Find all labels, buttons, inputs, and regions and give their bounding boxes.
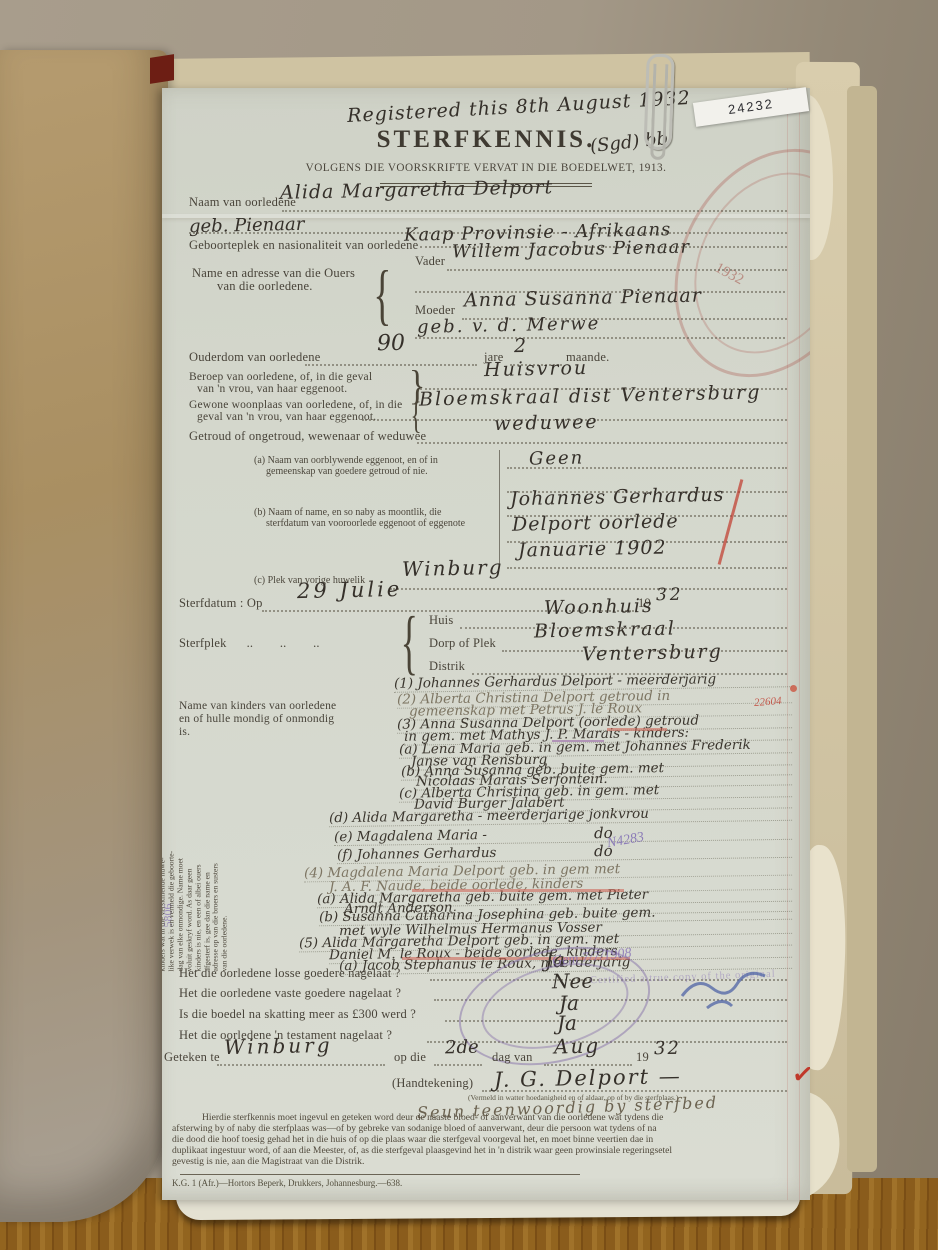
death-date-label: Sterfdatum : Op xyxy=(179,596,263,611)
residence-value: Bloemskraal dist Ventersburg xyxy=(419,381,762,410)
archive-number: 24232 xyxy=(727,96,775,117)
occupation-label1: Beroep van oorledene, of, in die geval xyxy=(189,371,372,383)
dotted-line xyxy=(417,442,787,444)
sign-year: 32 xyxy=(654,1038,681,1060)
huis-label: Huis xyxy=(429,613,453,628)
op-die-label: op die xyxy=(394,1050,426,1065)
signature-value: J. G. Delport — xyxy=(494,1064,682,1092)
age-years: 90 xyxy=(377,331,406,357)
distrik-label: Distrik xyxy=(429,659,465,674)
margin-instruction: kinders wat in die verskillende huwe- li… xyxy=(162,767,231,972)
huis-value: Woonhuis xyxy=(544,595,654,619)
file-folder-cover xyxy=(0,50,168,1222)
death-date-year: 32 xyxy=(656,585,684,606)
children-label3: is. xyxy=(179,726,190,738)
question-label: Het die oorledene vaste goedere nagelaat… xyxy=(179,986,401,1001)
vader-value: Willem Jacobus Pienaar xyxy=(452,237,690,263)
residence-label2: geval van 'n vrou, van haar eggenoot. xyxy=(197,411,376,423)
parents-label2: van die oorledene. xyxy=(217,279,313,294)
spouse-a-label2: gemeenskap van goedere getroud of nie. xyxy=(266,466,428,477)
spouse-b-value1: Johannes Gerhardus xyxy=(510,484,725,510)
naam-value: Alida Margaretha Delport xyxy=(280,176,554,204)
occupation-label2: van 'n vrou, van haar eggenoot. xyxy=(197,383,347,395)
marital-value: weduwee xyxy=(494,411,599,435)
red-underline xyxy=(412,889,624,892)
dotted-line xyxy=(482,1090,787,1092)
sign-year-prefix: 19 xyxy=(636,1050,649,1065)
fine-print-line: die dood die hoof toesig gehad het in di… xyxy=(172,1134,653,1145)
distrik-value: Ventersburg xyxy=(582,641,723,666)
day-value: 2de xyxy=(445,1037,479,1059)
page-stack-edge xyxy=(847,86,877,1172)
geteken-place: Winburg xyxy=(224,1033,333,1059)
red-underline xyxy=(607,728,667,731)
fine-print-line: Hierdie sterfkennis moet ingevul en gete… xyxy=(180,1112,663,1123)
dotted-line xyxy=(282,210,787,212)
printer-imprint: K.G. 1 (Afr.)—Hortors Beperk, Drukkers, … xyxy=(172,1178,402,1188)
red-check-mark: ✓ xyxy=(790,1059,810,1092)
dotted-line xyxy=(415,337,785,339)
dag-van-label: dag van xyxy=(492,1050,533,1065)
birthplace-label: Geboorteplek en nasionaliteit van oorled… xyxy=(189,238,418,253)
death-date-value: 29 Julie xyxy=(297,577,403,603)
red-case-ref: 22604 xyxy=(754,695,782,709)
dotted-line xyxy=(447,269,787,271)
occupation-value: Huisvrou xyxy=(484,357,589,381)
dotted-line xyxy=(507,467,787,469)
residence-label1: Gewone woonplaas van oorledene, of, in d… xyxy=(189,399,402,411)
spouse-b-value3: Januarie 1902 xyxy=(518,536,667,561)
parents-brace: { xyxy=(373,260,391,328)
dotted-line xyxy=(507,567,787,569)
form-title: STERFKENNIS. xyxy=(162,126,810,154)
blue-pencil-scribble xyxy=(677,966,772,1016)
handtekening-label: (Handtekening) xyxy=(392,1076,473,1091)
fine-print-line: duplikaat ingestuur word, of aan die Mee… xyxy=(172,1145,672,1156)
bracket-line xyxy=(499,450,500,566)
age-months: 2 xyxy=(514,335,527,357)
month-value: Aug xyxy=(554,1034,601,1059)
children-label2: en of hulle mondig of onmondig xyxy=(179,713,334,725)
form-subtitle: VOLGENS DIE VOORSKRIFTE VERVAT IN DIE BO… xyxy=(162,162,810,174)
spouse-b-label2: sterfdatum van vooroorlede eggenoot of e… xyxy=(266,518,465,529)
spouse-b-label1: (b) Naam of name, en so naby as moontlik… xyxy=(254,507,441,518)
dotted-line xyxy=(434,1064,482,1066)
moeder-value: Anna Susanna Pienaar xyxy=(464,285,702,312)
dotted-line xyxy=(217,1064,385,1066)
vader-label: Vader xyxy=(415,254,445,269)
archive-photo: 1932 Registered this 8th August 1932 STE… xyxy=(0,0,938,1250)
imprint-rule xyxy=(180,1174,580,1175)
sterfplek-brace: { xyxy=(401,606,418,678)
red-binding-edge xyxy=(150,54,174,84)
geteken-label: Geteken te xyxy=(164,1050,220,1065)
red-dot-mark xyxy=(790,685,797,692)
dotted-line xyxy=(305,364,477,366)
moeder-maiden: geb. v. d. Merwe xyxy=(417,313,601,338)
margin-note-line: van die oorledene. xyxy=(221,767,230,972)
marital-label: Getroud of ongetroud, wewenaar of weduwe… xyxy=(189,429,426,444)
dorp-label: Dorp of Plek xyxy=(429,636,496,651)
children-label1: Name van kinders van oorledene xyxy=(179,700,336,712)
dorp-value: Bloemskraal xyxy=(534,618,676,643)
age-label: Ouderdom van oorledene xyxy=(189,350,320,365)
question-label: Het die oorledene losse goedere nagelaat… xyxy=(179,966,401,981)
death-notice-page: 1932 Registered this 8th August 1932 STE… xyxy=(162,88,810,1200)
paper-clip-icon xyxy=(639,53,685,158)
spouse-a-label1: (a) Naam van oorblywende eggenoot, en of… xyxy=(254,455,438,466)
fine-print-line: afsterwing by of naby die sterfplaas was… xyxy=(172,1123,657,1134)
purple-underline xyxy=(552,740,604,742)
spouse-b-value2: Delport oorlede xyxy=(512,510,679,535)
prev-marriage-value: Winburg xyxy=(402,555,504,581)
dotted-line xyxy=(390,588,787,590)
fine-print-line: gevestig is nie, aan die Magistraat van … xyxy=(172,1156,364,1167)
sterfplek-label: Sterfplek .. .. .. xyxy=(179,636,320,651)
question-label: Is die boedel na skatting meer as £300 w… xyxy=(179,1007,416,1022)
